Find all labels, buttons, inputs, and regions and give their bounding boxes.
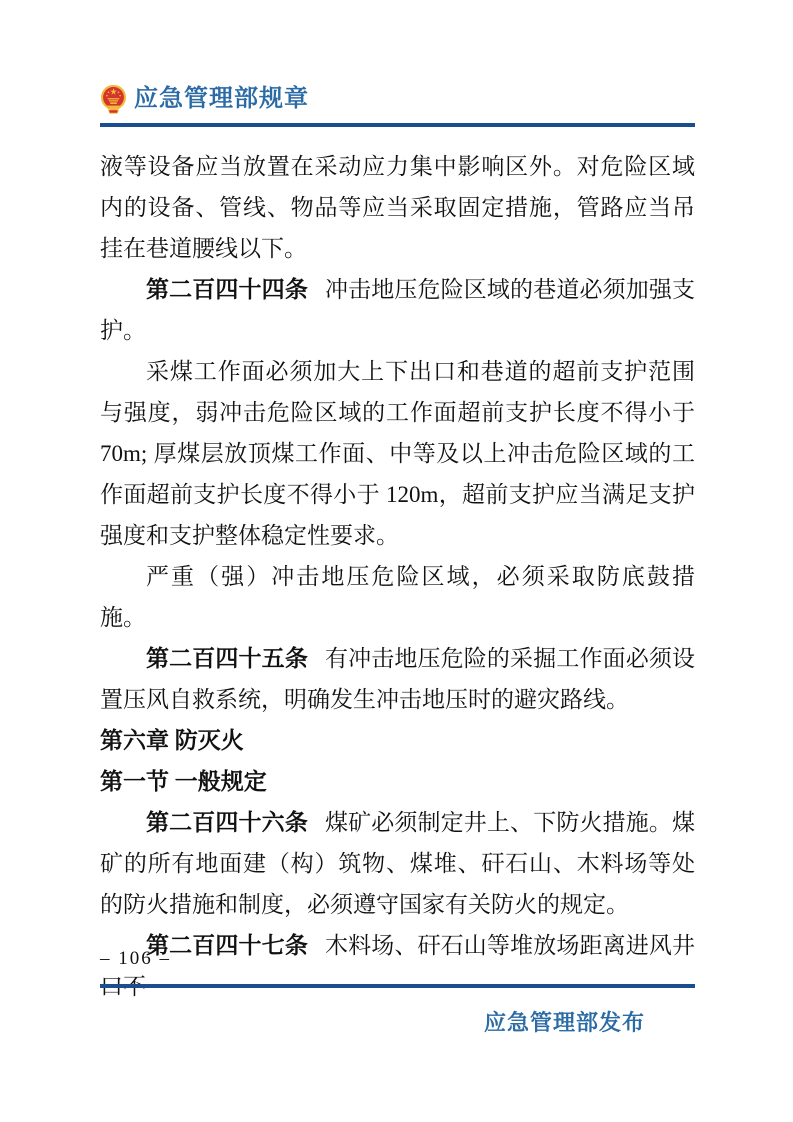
paragraph-continuation: 液等设备应当放置在采动应力集中影响区外。对危险区域内的设备、管线、物品等应当采取… bbox=[100, 146, 695, 269]
document-page: 应急管理部规章 液等设备应当放置在采动应力集中影响区外。对危险区域内的设备、管线… bbox=[0, 0, 793, 1122]
article-number: 第二百四十四条 bbox=[146, 276, 308, 302]
section-heading: 第一节 一般规定 bbox=[100, 761, 695, 802]
chapter-heading: 第六章 防灭火 bbox=[100, 720, 695, 761]
footer-divider bbox=[100, 984, 695, 988]
article-number: 第二百四十五条 bbox=[146, 645, 308, 671]
publisher-label: 应急管理部发布 bbox=[484, 1006, 645, 1037]
paragraph-article-246: 第二百四十六条煤矿必须制定井上、下防火措施。煤矿的所有地面建（构）筑物、煤堆、矸… bbox=[100, 802, 695, 925]
paragraph-severe-danger: 严重（强）冲击地压危险区域，必须采取防底鼓措施。 bbox=[100, 556, 695, 638]
header-title: 应急管理部规章 bbox=[134, 87, 309, 111]
document-body: 液等设备应当放置在采动应力集中影响区外。对危险区域内的设备、管线、物品等应当采取… bbox=[100, 146, 695, 1007]
page-header: 应急管理部规章 bbox=[100, 84, 695, 127]
paragraph-article-247: 第二百四十七条木料场、矸石山等堆放场距离进风井口不 bbox=[100, 925, 695, 1007]
china-national-emblem-icon bbox=[100, 84, 127, 114]
page-number: – 106 – bbox=[100, 948, 171, 970]
paragraph-support-requirements: 采煤工作面必须加大上下出口和巷道的超前支护范围与强度，弱冲击危险区域的工作面超前… bbox=[100, 351, 695, 556]
paragraph-article-245: 第二百四十五条有冲击地压危险的采掘工作面必须设置压风自救系统，明确发生冲击地压时… bbox=[100, 638, 695, 720]
paragraph-article-244: 第二百四十四条冲击地压危险区域的巷道必须加强支护。 bbox=[100, 269, 695, 351]
article-number: 第二百四十六条 bbox=[146, 809, 308, 835]
